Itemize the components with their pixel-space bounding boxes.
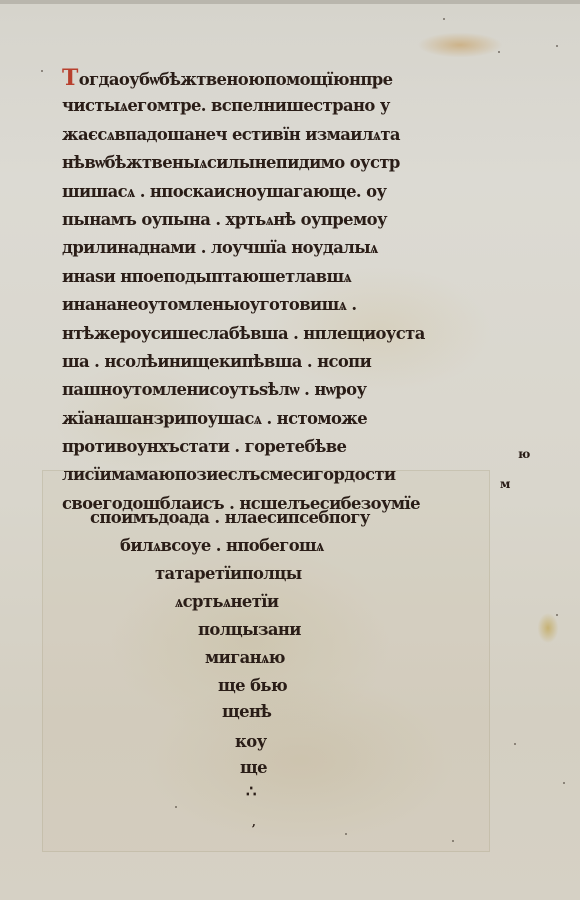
parchment-speck <box>345 833 347 835</box>
bottom-mark: , <box>252 816 256 829</box>
text-line-12: пашноутомленисоутьѕѣлѡ . нѡроу <box>62 376 532 404</box>
parchment-speck <box>443 18 445 20</box>
marginal-superscript-1: ю <box>518 447 530 461</box>
parchment-speck <box>556 45 558 47</box>
funnel-line-4: миганѧю <box>205 644 285 672</box>
parchment-speck <box>563 782 565 784</box>
text-line-10: нтѣжероусишеслабѣвша . нплещиоуста <box>62 320 532 348</box>
parchment-speck <box>175 806 177 808</box>
text-line-8: инаѕи нпоеподыптаюшетлавшѧ <box>62 263 532 291</box>
funnel-line-6: щенѣ <box>222 698 271 726</box>
text-line-5: шишасѧ . нпоскаисноушагающе. оу <box>62 178 532 206</box>
text-line-18: билѧвсоуе . нпобегошѧ <box>120 532 324 560</box>
text-line-3: жаєсѧвпадошанеч естивїн измаилѧта <box>62 121 532 149</box>
red-initial-letter: Т <box>62 65 78 91</box>
funnel-line-5: ще бью <box>218 672 287 700</box>
text-line-9: инананеоутомленыоуготовишѧ . <box>62 291 532 319</box>
marginal-superscript-2: м <box>500 477 510 491</box>
parchment-speck <box>452 840 454 842</box>
parchment-speck <box>498 51 500 53</box>
text-line-7: дрилинаднами . лоучшїа ноудалыѧ <box>62 234 532 262</box>
main-text-block: Тогдаоубѡбѣжтвеноюпомощїюнпре чистыѧегом… <box>62 64 532 518</box>
text-line-1: Тогдаоубѡбѣжтвеноюпомощїюнпре <box>62 64 532 92</box>
text-line-6: пынамъ оупына . хртьѧнѣ оупремоу <box>62 206 532 234</box>
funnel-line-9-ending-mark: ∴ <box>246 778 256 806</box>
funnel-line-2: ѧсртьѧнетїи <box>175 588 278 616</box>
funnel-line-3: полцызани <box>198 616 301 644</box>
page-top-edge <box>0 0 580 4</box>
text-line-11: ша . нсолѣинищекипѣвша . нсопи <box>62 348 532 376</box>
manuscript-page: Тогдаоубѡбѣжтвеноюпомощїюнпре чистыѧегом… <box>0 0 580 900</box>
funnel-line-7: коу <box>235 728 266 756</box>
text-line-13: жїанашанзрипоушасѧ . нстоможе <box>62 405 532 433</box>
text-line-15: лисїимамаюпозиеслъсмесигордости <box>62 461 532 489</box>
text-line-1-body: огдаоубѡбѣжтвеноюпомощїюнпре <box>79 70 393 89</box>
parchment-speck <box>514 743 516 745</box>
funnel-line-1: татаретїиполцы <box>155 560 302 588</box>
parchment-speck <box>41 70 43 72</box>
text-line-4: нѣвѡбѣжтвеныѧсилынепидимо оустр <box>62 149 532 177</box>
text-line-2: чистыѧегомтре. вспелнишестрано у <box>62 92 532 120</box>
text-line-17: споимъдоада . нлаесипсебпогу <box>90 504 370 532</box>
text-line-14: противоунхъстати . горетебѣве <box>62 433 532 461</box>
parchment-speck <box>556 614 558 616</box>
